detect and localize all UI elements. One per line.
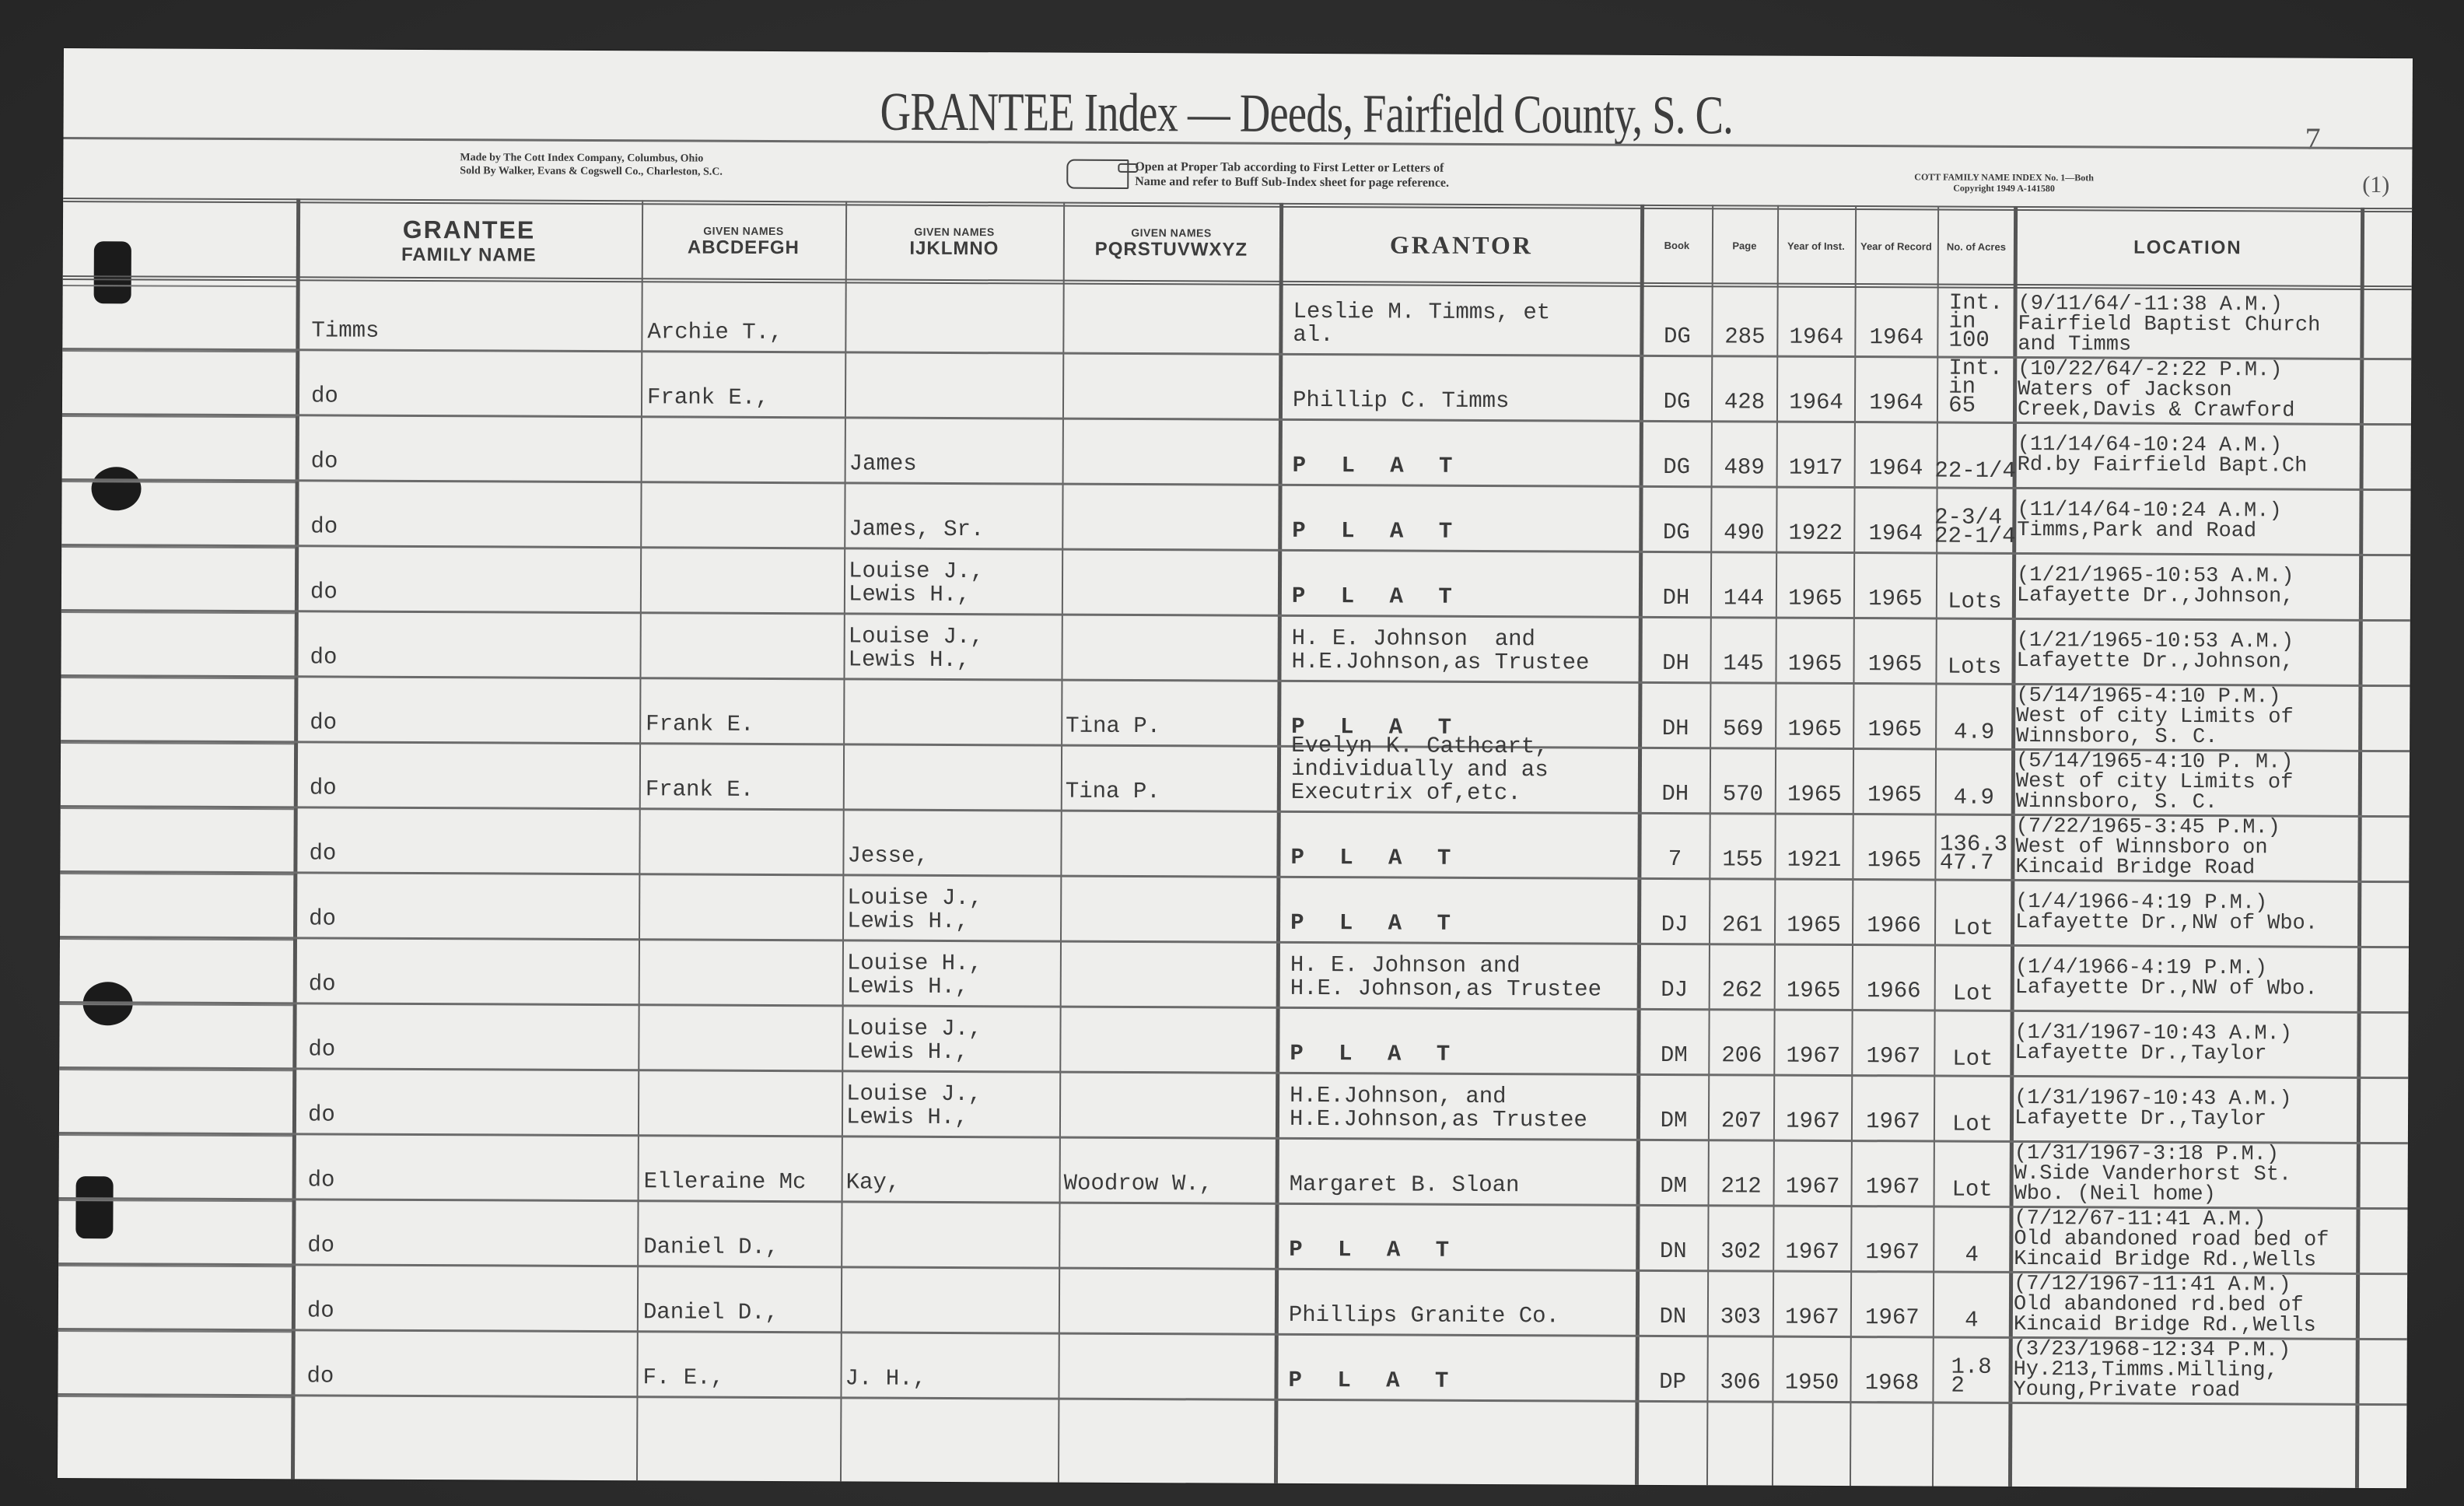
year-of-record: 1967: [1852, 1273, 1933, 1336]
table-row: do James P L A T DG 489 1917 1964 22-1/4…: [62, 415, 2411, 491]
year-of-instrument: 1967: [1774, 1207, 1850, 1270]
given-label: GIVEN NAMES: [914, 226, 995, 238]
location: (1/21/1965-10:53 A.M.) Lafayette Dr.,Joh…: [2017, 555, 2390, 619]
given-names-i-o: Jesse,: [847, 811, 1059, 874]
page: 303: [1709, 1272, 1773, 1335]
given-names-i-o: Louise J., Lewis H.,: [848, 615, 1059, 678]
book: DH: [1641, 684, 1710, 747]
header-location: LOCATION: [2017, 211, 2359, 285]
number-of-acres: Lot: [1935, 1077, 2010, 1140]
year-of-record: 1965: [1853, 815, 1934, 878]
year-of-record: 1965: [1854, 619, 1935, 682]
given-names-p-z: [1066, 551, 1276, 615]
year-of-instrument: 1965: [1776, 881, 1852, 944]
header-acres: No. of Acres: [1937, 211, 2015, 284]
given-names-a-h: Daniel D.,: [643, 1267, 838, 1331]
number-of-acres: Lot: [1936, 947, 2011, 1010]
year-of-instrument: 1917: [1778, 423, 1854, 486]
given-names-p-z: [1065, 812, 1275, 876]
year-of-instrument: 1922: [1777, 489, 1853, 552]
grantor-name: H. E. Johnson and H.E. Johnson,as Truste…: [1281, 944, 1636, 1008]
year-of-record: 1965: [1854, 750, 1935, 813]
given-names-i-o: [845, 1203, 1057, 1266]
given-names-p-z: Tina P.: [1066, 747, 1276, 811]
year-of-record: 1968: [1851, 1338, 1932, 1401]
book: 7: [1640, 814, 1709, 877]
table-row: do James, Sr. P L A T DG 490 1922 1964 2…: [61, 481, 2410, 556]
given-letters: PQRSTUVWXYZ: [1095, 239, 1248, 261]
page: 570: [1711, 749, 1775, 812]
header-book: Book: [1642, 209, 1712, 282]
book: DJ: [1640, 945, 1709, 1008]
table-row: do Louise J., Lewis H., H. E. Johnson an…: [61, 611, 2410, 687]
number-of-acres: Lot: [1935, 1012, 2010, 1075]
table-row: do Frank E., Phillip C. Timms DG 428 196…: [62, 350, 2411, 426]
grantee-family-name: do: [307, 1266, 634, 1330]
grantor-name: P L A T: [1279, 1205, 1634, 1270]
year-of-instrument: 1965: [1776, 750, 1853, 813]
year-of-instrument: 1921: [1776, 815, 1852, 878]
grantor-name: P L A T: [1283, 552, 1637, 616]
given-names-a-h: Archie T.,: [647, 287, 842, 351]
table-row: do Elleraine Mc Kay, Woodrow W., Margare…: [59, 1134, 2408, 1210]
instruction-line-1: Open at Proper Tab according to First Le…: [1135, 159, 1449, 176]
given-names-i-o: [849, 353, 1061, 417]
grantee-family-name: do: [310, 482, 637, 546]
form-copyright: COTT FAMILY NAME INDEX No. 1—Both Copyri…: [1914, 171, 2094, 194]
book: DM: [1640, 1141, 1708, 1204]
header-given-p-z: GIVEN NAMES PQRSTUVWXYZ: [1063, 207, 1279, 281]
location: (7/22/1965-3:45 P.M.) West of Winnsboro …: [2015, 816, 2389, 881]
given-names-p-z: [1065, 943, 1275, 1007]
book: DM: [1640, 1010, 1708, 1073]
given-names-i-o: [849, 288, 1061, 352]
location: (3/23/1968-12:34 P.M.) Hy.213,Timms.Mill…: [2013, 1339, 2386, 1403]
grantee-family-name: do: [309, 874, 635, 938]
year-inst-label: Year of Inst.: [1787, 240, 1845, 254]
location: (7/12/67-11:41 A.M.) Old abandoned road …: [2014, 1208, 2387, 1273]
grantee-family-name: do: [310, 612, 636, 677]
instruction-line-2: Name and refer to Buff Sub-Index sheet f…: [1135, 174, 1449, 191]
year-of-instrument: 1967: [1775, 1077, 1851, 1140]
grantee-title: GRANTEE: [403, 215, 536, 244]
year-of-instrument: 1965: [1777, 554, 1853, 617]
book: DH: [1641, 749, 1710, 812]
table-header: GRANTEE FAMILY NAME GIVEN NAMES ABCDEFGH…: [63, 198, 2412, 290]
given-names-p-z: Woodrow W.,: [1064, 1139, 1274, 1203]
header-grantor: GRANTOR: [1283, 208, 1640, 282]
number-of-acres: Lot: [1936, 881, 2011, 944]
grantee-family-name: do: [308, 1135, 635, 1200]
grantor-name: Phillip C. Timms: [1283, 355, 1638, 420]
year-of-instrument: 1964: [1778, 292, 1854, 355]
given-names-i-o: Louise H., Lewis H.,: [847, 941, 1059, 1005]
grantor-name: H.E.Johnson, and H.E.Johnson,as Trustee: [1280, 1074, 1635, 1139]
given-names-a-h: [645, 810, 839, 874]
year-of-record: 1964: [1856, 423, 1937, 486]
copyright-text: Copyright 1949 A-141580: [1914, 182, 2094, 194]
book: DP: [1638, 1337, 1706, 1400]
page: 302: [1709, 1207, 1773, 1270]
table-row: do Louise H., Lewis H., H. E. Johnson an…: [60, 938, 2409, 1014]
location: (7/12/1967-11:41 A.M.) Old abandoned rd.…: [2014, 1273, 2387, 1338]
location: (1/31/1967-3:18 P.M.) W.Side Vanderhorst…: [2014, 1143, 2388, 1207]
grantee-family-name: do: [308, 1004, 635, 1069]
given-names-a-h: [645, 940, 839, 1004]
number-of-acres: Lot: [1935, 1143, 2010, 1206]
page: 212: [1710, 1141, 1773, 1204]
given-names-i-o: Louise J., Lewis H.,: [847, 876, 1059, 940]
grantor-name: P L A T: [1279, 1336, 1633, 1400]
table-row: do Daniel D., P L A T DN 302 1967 1967 4…: [58, 1200, 2407, 1275]
given-names-i-o: [848, 745, 1059, 809]
location: (1/31/1967-10:43 A.M.) Lafayette Dr.,Tay…: [2014, 1077, 2388, 1142]
year-of-record: 1967: [1853, 1011, 1934, 1074]
given-names-p-z: [1063, 1270, 1273, 1333]
given-names-a-h: Frank E.: [646, 744, 840, 808]
page: 144: [1712, 553, 1776, 616]
grantee-family-name: do: [309, 808, 635, 873]
year-of-record: 1965: [1854, 685, 1935, 748]
grantor-name: H. E. Johnson and H.E.Johnson,as Trustee: [1282, 617, 1636, 681]
given-names-p-z: [1065, 877, 1275, 941]
grantor-name: P L A T: [1283, 421, 1638, 485]
year-of-record: 1967: [1852, 1207, 1933, 1270]
book-label: Book: [1664, 239, 1690, 253]
year-of-instrument: 1965: [1776, 685, 1853, 748]
given-names-a-h: F. E.,: [642, 1333, 837, 1396]
grantee-family-name: do: [310, 547, 637, 611]
grantee-family-name: do: [309, 939, 635, 1003]
given-names-a-h: [646, 614, 840, 678]
header-grantee: GRANTEE FAMILY NAME: [296, 203, 642, 278]
location-label: LOCATION: [2133, 237, 2242, 260]
number-of-acres: 4: [1934, 1273, 2009, 1336]
form-name: COTT FAMILY NAME INDEX No. 1—Both: [1914, 171, 2094, 183]
number-of-acres: Lots: [1937, 555, 2012, 618]
page-label: Page: [1732, 239, 1756, 253]
given-names-i-o: [845, 1268, 1057, 1332]
given-names-p-z: [1064, 1073, 1274, 1137]
given-names-i-o: James, Sr.: [849, 484, 1060, 548]
given-label: GIVEN NAMES: [1131, 226, 1212, 239]
book: DG: [1643, 292, 1711, 355]
grantor-name: P L A T: [1280, 1009, 1635, 1073]
grantor-name: Phillips Granite Co.: [1279, 1270, 1634, 1335]
year-of-instrument: 1967: [1775, 1011, 1851, 1074]
book: DH: [1641, 618, 1710, 681]
page: 569: [1711, 684, 1775, 747]
given-names-i-o: Louise J., Lewis H.,: [849, 549, 1060, 613]
page: 207: [1710, 1076, 1773, 1139]
location: (11/14/64-10:24 A.M.) Rd.by Fairfield Ba…: [2018, 424, 2391, 489]
number-of-acres: 1.8 2: [1934, 1339, 2008, 1402]
book: DJ: [1640, 880, 1709, 943]
given-names-p-z: [1066, 485, 1276, 549]
grantee-family-name: Timms: [311, 285, 638, 350]
grantor-name: P L A T: [1281, 878, 1636, 943]
given-names-i-o: James: [849, 419, 1061, 482]
given-names-a-h: [644, 1006, 838, 1070]
number-of-acres: Lots: [1937, 620, 2011, 683]
year-of-record: 1964: [1856, 292, 1937, 355]
table-row: Timms Archie T., Leslie M. Timms, et al.…: [62, 285, 2411, 360]
page: 261: [1710, 880, 1774, 943]
page: 490: [1712, 488, 1776, 551]
grantee-family-name: do: [310, 678, 636, 742]
given-names-i-o: [848, 680, 1059, 744]
page: 285: [1713, 292, 1776, 355]
given-names-a-h: [646, 548, 841, 612]
pointing-hand-icon: [1066, 159, 1129, 189]
location: (5/14/1965-4:10 P.M.) West of city Limit…: [2016, 685, 2389, 750]
table-row: do Louise J., Lewis H., H.E.Johnson, and…: [59, 1069, 2408, 1144]
number-of-acres: 2-3/4 22-1/4: [1937, 489, 2012, 552]
book: DG: [1643, 422, 1711, 485]
number-of-acres: 4.9: [1937, 685, 2011, 748]
table-row: do Louise J., Lewis H., P L A T DJ 261 1…: [60, 873, 2409, 948]
grantee-family-name: do: [306, 1331, 633, 1396]
location: (1/21/1965-10:53 A.M.) Lafayette Dr.,Joh…: [2016, 620, 2389, 685]
maker-imprint: Made by The Cott Index Company, Columbus…: [460, 151, 723, 178]
given-names-a-h: [646, 483, 841, 547]
table-row: do Daniel D., Phillips Granite Co. DN 30…: [58, 1265, 2407, 1340]
page-number: 7: [2305, 121, 2320, 157]
given-names-p-z: [1062, 1335, 1272, 1399]
year-of-record: 1964: [1855, 489, 1936, 552]
page: 145: [1711, 618, 1775, 681]
given-names-p-z: [1063, 1204, 1273, 1268]
year-of-instrument: 1965: [1776, 619, 1853, 682]
grantor-name: Leslie M. Timms, et al.: [1283, 290, 1638, 355]
header-page: Page: [1712, 209, 1777, 282]
acres-label: No. of Acres: [1947, 240, 2006, 254]
year-of-record: 1967: [1853, 1142, 1934, 1205]
page: 206: [1710, 1010, 1773, 1073]
location: (10/22/64/-2:22 P.M.) Waters of Jackson …: [2018, 359, 2391, 423]
given-names-p-z: [1067, 289, 1277, 353]
page: 262: [1710, 945, 1774, 1008]
table-row: do Louise J., Lewis H., P L A T DM 206 1…: [59, 1003, 2408, 1079]
given-names-a-h: Elleraine Mc: [644, 1137, 838, 1200]
year-of-record: 1964: [1856, 358, 1937, 421]
location: (9/11/64/-11:38 A.M.) Fairfield Baptist …: [2018, 293, 2391, 358]
number-of-acres: 4.9: [1937, 751, 2011, 814]
header-given-a-h: GIVEN NAMES ABCDEFGH: [642, 205, 845, 278]
grantor-name: Evelyn K. Cathcart, individually and as …: [1282, 748, 1636, 812]
given-names-a-h: [645, 875, 839, 939]
maker-line-1: Made by The Cott Index Company, Columbus…: [460, 151, 723, 165]
given-names-a-h: [647, 418, 842, 482]
number-of-acres: 22-1/4: [1938, 424, 2013, 487]
book: DG: [1642, 488, 1710, 551]
given-letters: IJKLMNO: [909, 238, 999, 261]
location: (5/14/1965-4:10 P. M.) West of city Limi…: [2016, 751, 2389, 815]
year-of-instrument: 1967: [1775, 1142, 1851, 1205]
grantor-name: Margaret B. Sloan: [1280, 1140, 1635, 1204]
given-letters: ABCDEFGH: [688, 237, 800, 260]
page: 306: [1708, 1337, 1772, 1400]
grantor-name: P L A T: [1283, 486, 1637, 551]
number-of-acres: Int. in 65: [1938, 359, 2013, 422]
year-of-record: 1965: [1855, 554, 1936, 617]
year-of-record: 1966: [1853, 946, 1934, 1009]
sheet-number: (1): [2362, 172, 2389, 198]
given-names-a-h: Frank E.: [646, 679, 840, 743]
number-of-acres: 136.3 47.7: [1936, 816, 2011, 879]
year-of-instrument: 1967: [1774, 1273, 1850, 1336]
index-card: GRANTEE Index — Deeds, Fairfield County,…: [58, 48, 2413, 1488]
year-of-record: 1967: [1853, 1077, 1934, 1140]
given-names-i-o: Louise J., Lewis H.,: [846, 1007, 1058, 1070]
grantor-name: P L A T: [1281, 813, 1636, 877]
table-row: do Frank E. Tina P. Evelyn K. Cathcart, …: [61, 742, 2410, 818]
given-names-p-z: [1064, 1008, 1274, 1072]
year-of-record: 1966: [1853, 881, 1934, 944]
location: (11/14/64-10:24 A.M.) Timms,Park and Roa…: [2017, 489, 2390, 554]
given-names-p-z: [1067, 355, 1277, 419]
number-of-acres: 4: [1934, 1208, 2009, 1271]
given-names-a-h: [644, 1071, 838, 1135]
given-names-i-o: J. H.,: [845, 1333, 1056, 1397]
header-given-i-o: GIVEN NAMES IJKLMNO: [845, 205, 1063, 279]
table-row: do Frank E. Tina P. P L A T DH 569 1965 …: [61, 677, 2410, 752]
header-year-inst: Year of Inst.: [1777, 210, 1855, 283]
header-year-record: Year of Record: [1855, 210, 1937, 283]
year-of-instrument: 1965: [1776, 946, 1852, 1009]
grantee-index-table: GRANTEE FAMILY NAME GIVEN NAMES ABCDEFGH…: [63, 198, 2412, 208]
table-row: do F. E., J. H., P L A T DP 306 1950 196…: [58, 1330, 2406, 1406]
given-names-p-z: [1066, 616, 1276, 680]
book: DN: [1639, 1272, 1707, 1335]
location: (1/4/1966-4:19 P.M.) Lafayette Dr.,NW of…: [2015, 947, 2389, 1011]
page: 489: [1713, 422, 1776, 485]
book: DG: [1643, 357, 1711, 420]
page: 428: [1713, 357, 1776, 420]
location: (1/4/1966-4:19 P.M.) Lafayette Dr.,NW of…: [2015, 881, 2389, 946]
book: DH: [1642, 553, 1710, 616]
given-names-i-o: Louise J., Lewis H.,: [846, 1072, 1058, 1136]
page-title: GRANTEE Index — Deeds, Fairfield County,…: [880, 82, 1657, 147]
maker-line-2: Sold By Walker, Evans & Cogswell Co., Ch…: [460, 164, 723, 178]
number-of-acres: Int. in 100: [1938, 293, 2013, 356]
grantee-family-name: do: [307, 1200, 634, 1265]
given-names-a-h: Daniel D.,: [643, 1202, 838, 1266]
year-record-label: Year of Record: [1860, 240, 1932, 254]
year-of-instrument: 1964: [1778, 358, 1854, 421]
grantor-title: GRANTOR: [1390, 230, 1533, 260]
grantee-subtitle: FAMILY NAME: [401, 243, 537, 266]
given-label: GIVEN NAMES: [703, 225, 784, 237]
year-of-instrument: 1950: [1773, 1338, 1850, 1401]
instruction-note: Open at Proper Tab according to First Le…: [1066, 159, 1449, 191]
grantee-family-name: do: [311, 351, 638, 415]
book: DM: [1640, 1076, 1708, 1139]
given-names-p-z: Tina P.: [1066, 681, 1276, 745]
page: 155: [1710, 814, 1774, 877]
table-row: do Louise J., Lewis H., P L A T DH 144 1…: [61, 546, 2410, 622]
given-names-i-o: Kay,: [846, 1137, 1058, 1201]
table-row: do Jesse, P L A T 7 155 1921 1965 136.3 …: [60, 807, 2409, 883]
grantee-family-name: do: [310, 743, 636, 807]
grantee-family-name: do: [308, 1070, 635, 1134]
given-names-p-z: [1067, 420, 1277, 484]
location: (1/31/1967-10:43 A.M.) Lafayette Dr.,Tay…: [2014, 1012, 2388, 1077]
given-names-a-h: Frank E.,: [647, 352, 842, 416]
book: DN: [1639, 1207, 1707, 1270]
grantee-family-name: do: [311, 416, 638, 481]
